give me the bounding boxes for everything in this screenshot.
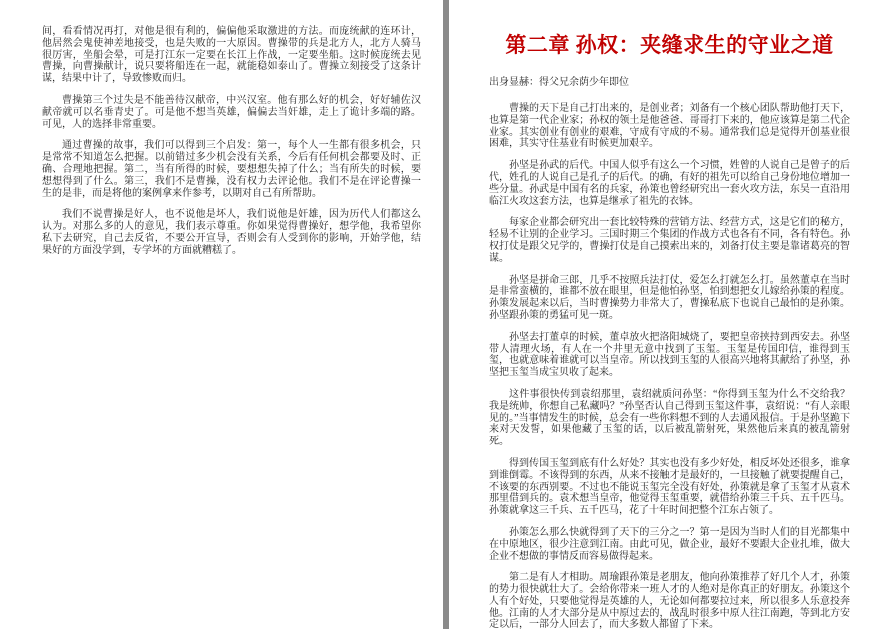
body-paragraph: 通过曹操的故事，我们可以得到三个启发：第一，每个人一生都有很多机会，只是常常不知… — [42, 140, 421, 199]
body-paragraph: 我们不说曹操是好人，也不说他是坏人，我们说他是奸雄，因为历代人们都这么认为。对那… — [42, 209, 421, 256]
left-page: 间，看看情况再打，对他是很有利的，偏偏他采取激进的方法。而庞统献的连环计，他居然… — [0, 0, 443, 629]
right-page: 第二章 孙权：夹缝求生的守业之道 出身显赫：得父兄余荫少年即位 曹操的天下是自己… — [449, 0, 891, 629]
body-paragraph: 孙坚是拼命三郎，几乎不按照兵法打仗，爱怎么打就怎么打。虽然董卓在当时是非常蛮横的… — [489, 275, 850, 322]
body-paragraph: 孙坚去打董卓的时候，董卓放火把洛阳城烧了，要把皇帝挟持到西安去。孙坚带人清理火场… — [489, 332, 850, 379]
chapter-title: 第二章 孙权：夹缝求生的守业之道 — [489, 33, 850, 58]
body-paragraph: 孙策怎么那么快就得到了天下的三分之一？第一是因为当时人们的目光都集中在中原地区，… — [489, 527, 850, 562]
body-paragraph: 第二是有人才相助。周瑜跟孙策是老朋友，他向孙策推荐了好几个人才，孙策的势力很快就… — [489, 572, 850, 629]
section-heading: 出身显赫：得父兄余荫少年即位 — [489, 77, 850, 89]
body-paragraph: 得到传国玉玺到底有什么好处？其实也没有多少好处，相反坏处还很多，谁拿到谁倒霉。不… — [489, 458, 850, 517]
body-paragraph: 曹操的天下是自己打出来的，是创业者；刘备有一个核心团队帮助他打天下，也算是第一代… — [489, 103, 850, 150]
body-paragraph: 每家企业都会研究出一套比较特殊的营销方法、经营方式，这是它们的秘方，轻易不让别的… — [489, 217, 850, 264]
body-paragraph: 孙坚是孙武的后代。中国人似乎有这么一个习惯，姓曾的人说自己是曾子的后代，姓孔的人… — [489, 160, 850, 207]
body-paragraph: 曹操第三个过失是不能善待汉献帝，中兴汉室。他有那么好的机会，好好辅佐汉献帝就可以… — [42, 95, 421, 130]
body-paragraph: 间，看看情况再打，对他是很有利的，偏偏他采取激进的方法。而庞统献的连环计，他居然… — [42, 26, 421, 85]
body-paragraph: 这件事很快传到袁绍那里，袁绍就质问孙坚：“你得到玉玺为什么不交给我？我是统帅，你… — [489, 389, 850, 448]
book-spread: 间，看看情况再打，对他是很有利的，偏偏他采取激进的方法。而庞统献的连环计，他居然… — [0, 0, 891, 629]
